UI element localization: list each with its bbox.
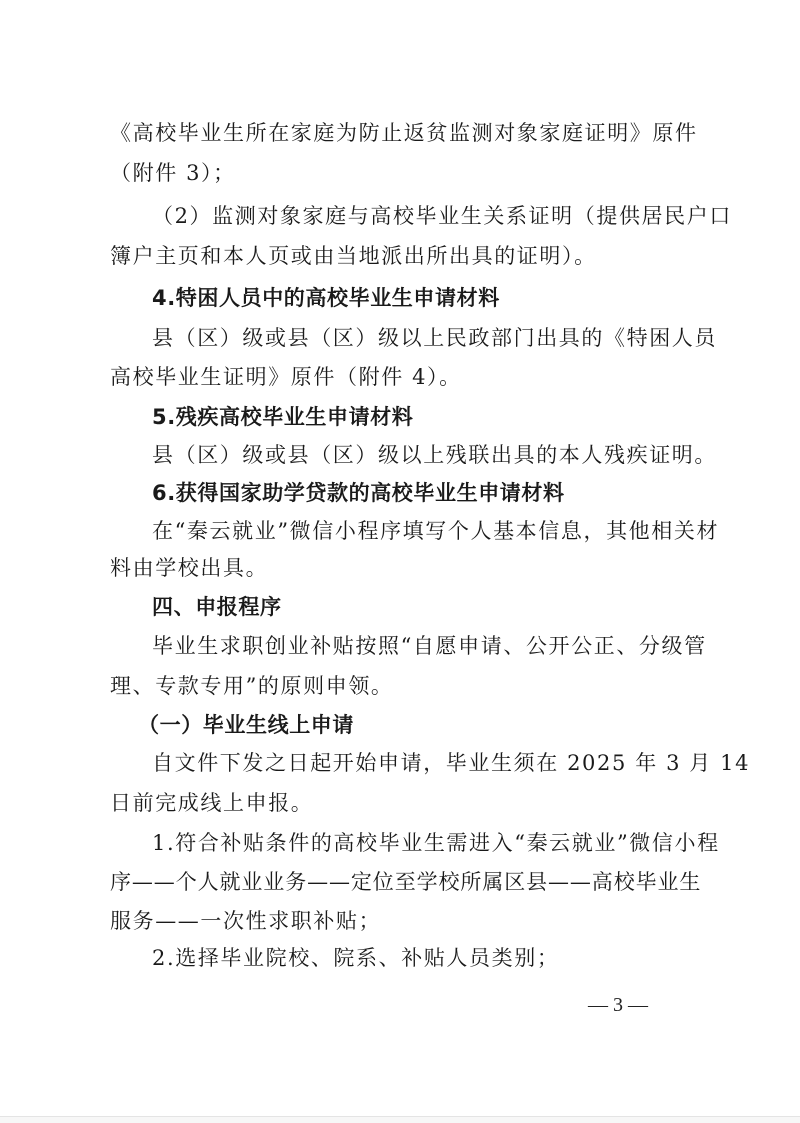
text-line: （附件 3）； — [110, 158, 710, 188]
section-heading: 4.特困人员中的高校毕业生申请材料 — [152, 283, 752, 313]
text-line: 毕业生求职创业补贴按照“自愿申请、公开公正、分级管 — [152, 631, 752, 661]
document-page: 《高校毕业生所在家庭为防止返贫监测对象家庭证明》原件 （附件 3）； （2）监测… — [0, 0, 800, 1116]
text-line: 序——个人就业业务——定位至学校所属区县——高校毕业生 — [110, 867, 710, 897]
page-number: — 3 — — [588, 990, 668, 1020]
section-heading: 四、申报程序 — [152, 592, 752, 622]
text-line: 簿户主页和本人页或由当地派出所出具的证明）。 — [110, 241, 710, 271]
page-bottom-strip — [0, 1117, 800, 1123]
text-line: 理、专款专用”的原则申领。 — [110, 671, 710, 701]
section-heading: （一）毕业生线上申请 — [138, 710, 738, 740]
section-heading: 6.获得国家助学贷款的高校毕业生申请材料 — [152, 478, 752, 508]
text-line: 料由学校出具。 — [110, 553, 710, 583]
text-line: 县（区）级或县（区）级以上残联出具的本人残疾证明。 — [152, 440, 752, 470]
text-line: 2.选择毕业院校、院系、补贴人员类别； — [152, 943, 752, 973]
text-line: 《高校毕业生所在家庭为防止返贫监测对象家庭证明》原件 — [110, 118, 710, 148]
text-line: 在“秦云就业”微信小程序填写个人基本信息，其他相关材 — [152, 516, 752, 546]
text-line: 自文件下发之日起开始申请，毕业生须在 2025 年 3 月 14 — [152, 748, 752, 778]
text-line: 日前完成线上申报。 — [110, 788, 710, 818]
text-line: 县（区）级或县（区）级以上民政部门出具的《特困人员 — [152, 323, 752, 353]
text-line: （2）监测对象家庭与高校毕业生关系证明（提供居民户口 — [152, 201, 752, 231]
text-line: 高校毕业生证明》原件（附件 4）。 — [110, 362, 710, 392]
text-line: 服务——一次性求职补贴； — [110, 906, 710, 936]
text-line: 1.符合补贴条件的高校毕业生需进入“秦云就业”微信小程 — [152, 828, 752, 858]
section-heading: 5.残疾高校毕业生申请材料 — [152, 402, 752, 432]
